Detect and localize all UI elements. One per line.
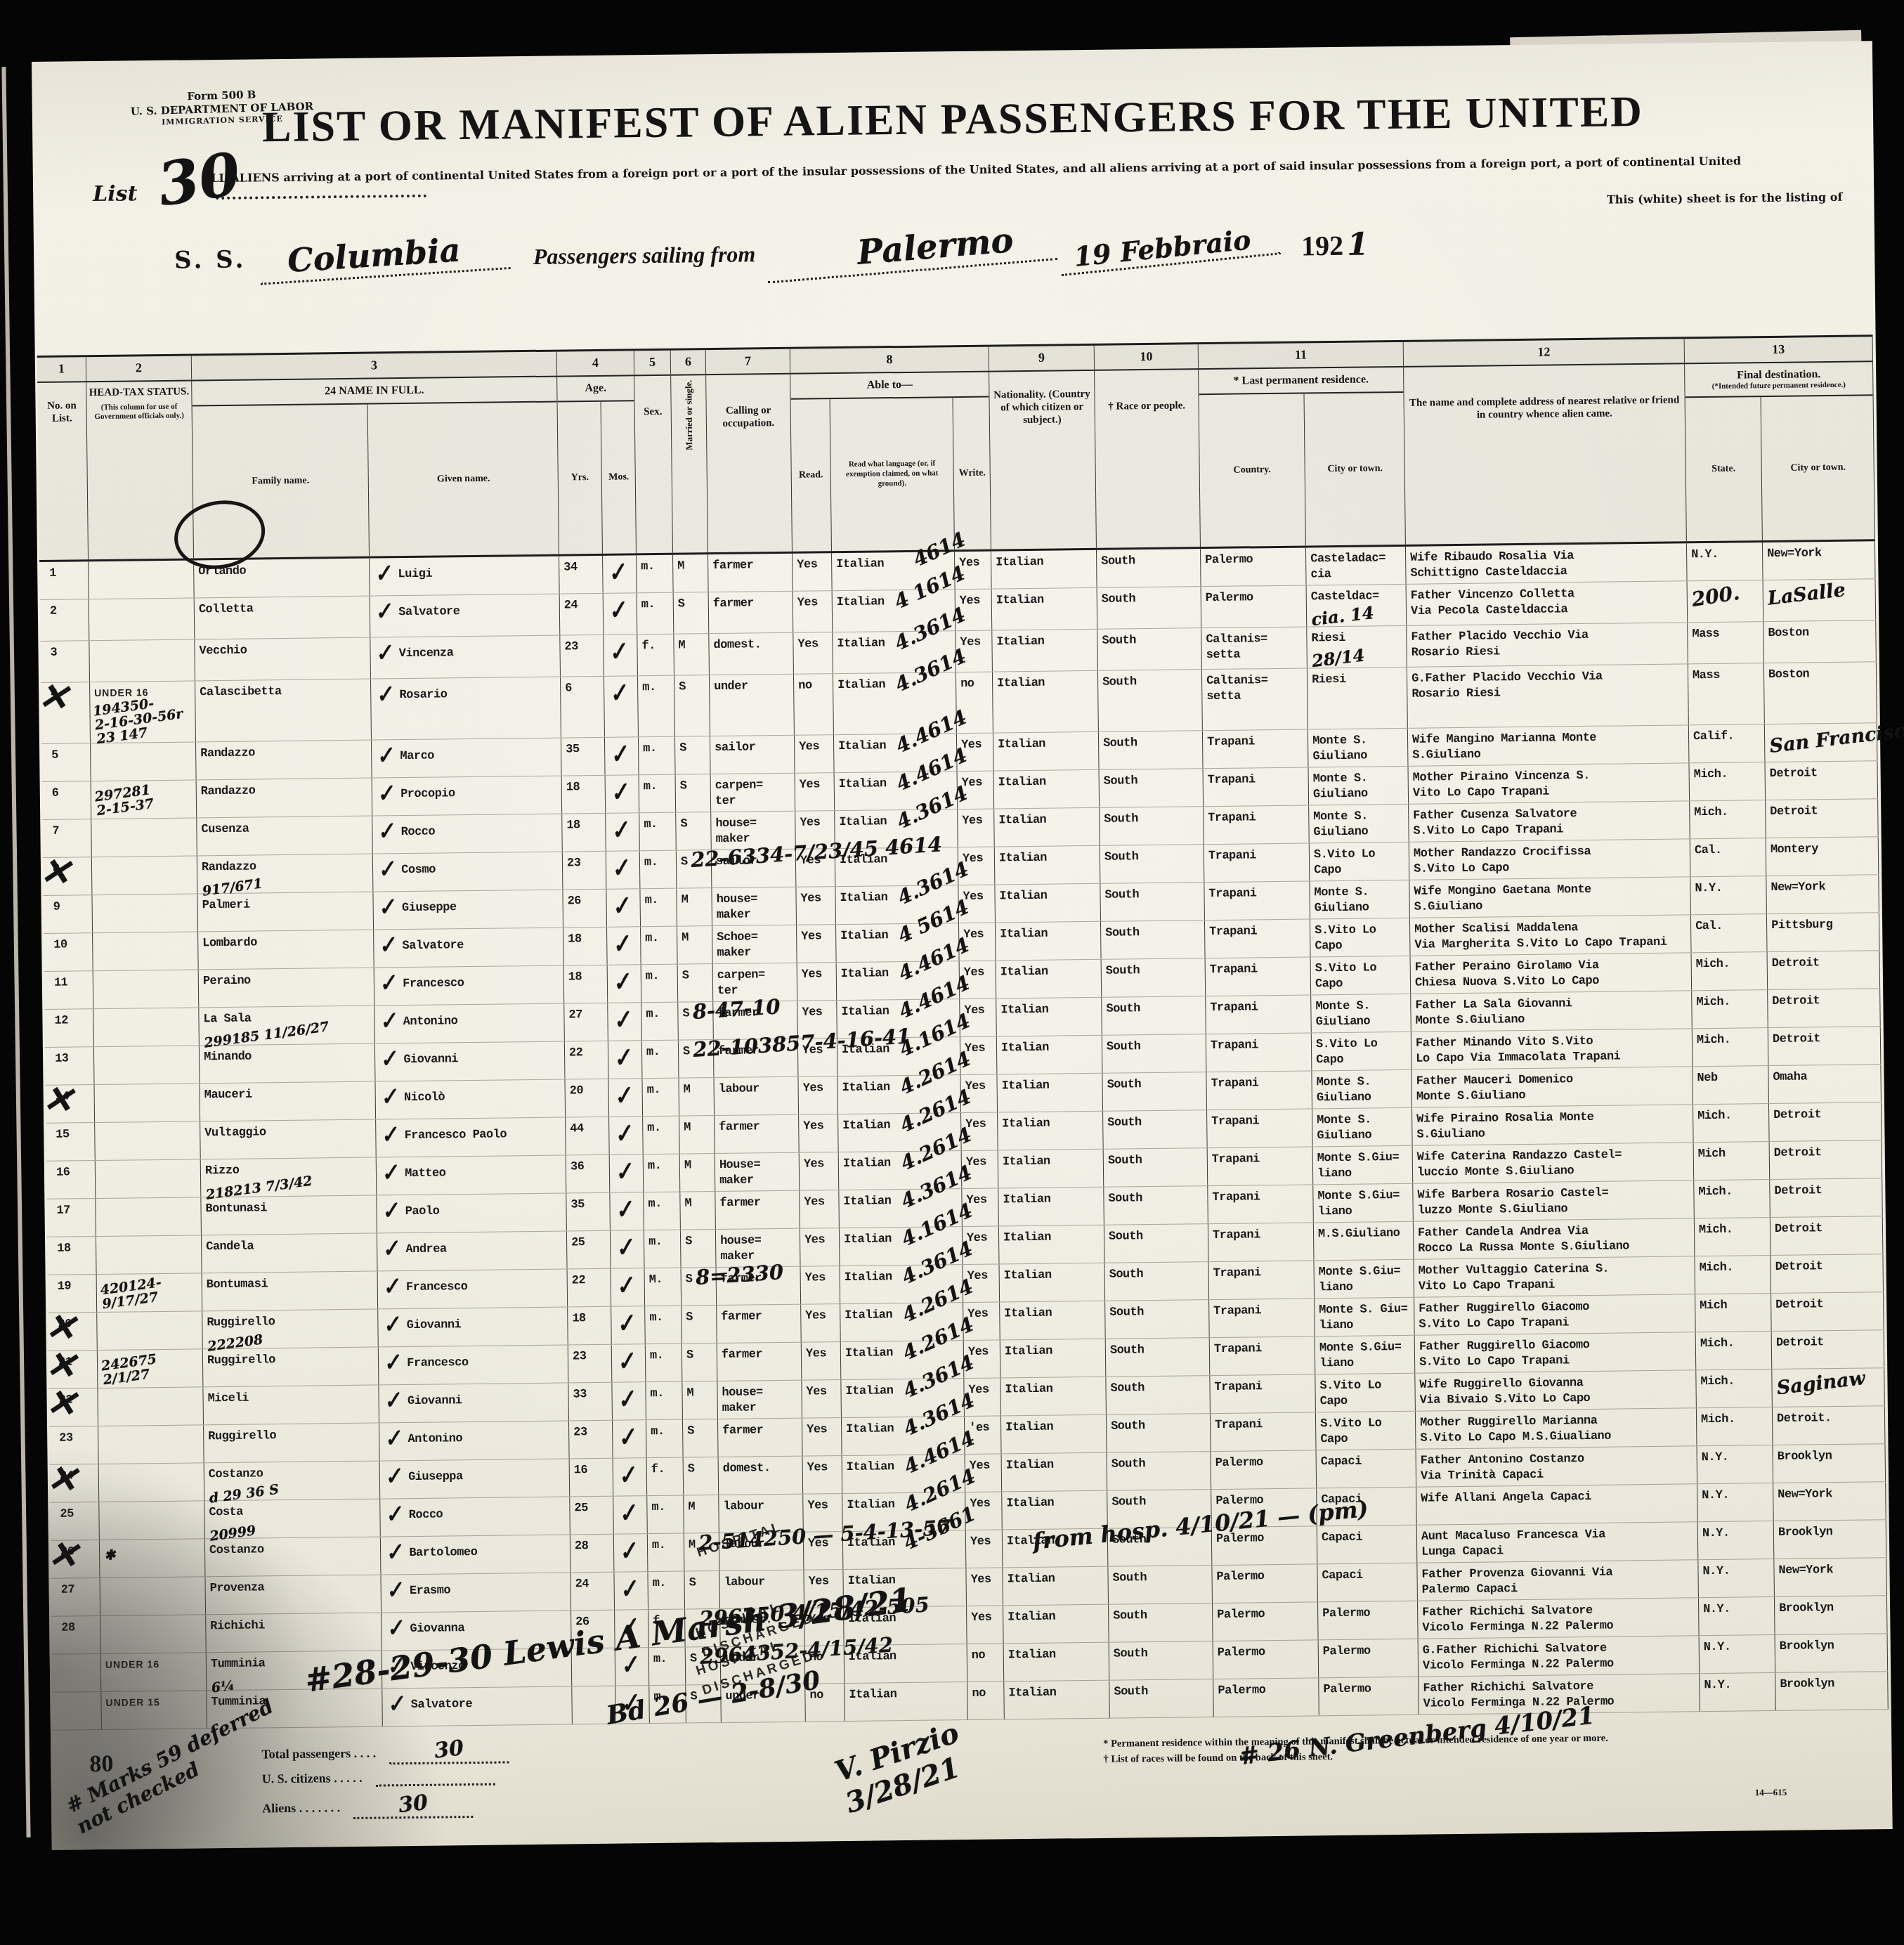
- cell-destination-city: Boston: [1763, 620, 1877, 663]
- cell-residence-country: Palermo: [1211, 1488, 1317, 1527]
- cell-nationality: Italian: [992, 588, 1098, 630]
- cell-residence-country: Trapani: [1210, 1336, 1316, 1375]
- cell-nationality: Italian: [1004, 1681, 1110, 1719]
- cell-occupation: farmer 8=2330: [717, 1267, 802, 1305]
- cell-family-name: Candela: [202, 1233, 378, 1273]
- check-mark: ✓: [608, 891, 633, 922]
- cell-row-number: 1: [39, 561, 89, 599]
- cell-family-name: Tumminia 6¼: [207, 1651, 383, 1690]
- check-mark: ✓: [383, 1577, 405, 1605]
- cell-age-months: ✓: [608, 1003, 642, 1041]
- cell-age-months: ✓: [603, 555, 637, 593]
- cell-age-months: ✓: [606, 775, 640, 813]
- cell-married-single: M: [674, 634, 710, 675]
- cell-age-years: 24: [570, 1573, 615, 1611]
- cell-occupation: sailor 22-6334-7/23/45 4614: [712, 850, 797, 887]
- check-mark: ✓: [608, 967, 634, 998]
- check-mark: ✓: [614, 1460, 639, 1491]
- check-mark: ✓: [613, 1384, 639, 1415]
- cell-race: South: [1105, 1300, 1210, 1339]
- cell-residence-city: Monte S. Giuliano: [1308, 729, 1409, 767]
- cell-destination-state: Mich.: [1690, 800, 1766, 838]
- cell-destination-city: Detroit: [1765, 761, 1878, 800]
- cell-nearest-relative: Mother Vultaggio Caterina S. Vito Lo Cap…: [1414, 1256, 1695, 1297]
- cell-headtax-status: [99, 1501, 205, 1540]
- cell-headtax-status: 420124- 9/17/27: [97, 1273, 203, 1312]
- cell-given-name: ✓ Rosario: [371, 677, 561, 740]
- cell-married-single: S: [682, 1344, 718, 1381]
- cell-residence-city: Monte S. Giuliano: [1309, 767, 1409, 805]
- cell-sex: m.: [646, 1382, 683, 1420]
- cell-age-years: 44: [566, 1117, 610, 1155]
- check-mark: ✓: [610, 1081, 635, 1112]
- cell-row-number: ✕ 14: [46, 1085, 96, 1123]
- cell-age-years: 25: [567, 1231, 611, 1269]
- cell-occupation: Schoe= maker: [712, 925, 797, 963]
- cell-race: South: [1097, 628, 1202, 670]
- cell-given-name: ✓ Salvatore: [370, 594, 561, 637]
- destination-annotation: LaSalle: [1766, 579, 1846, 610]
- cell-family-name: Vecchio: [195, 638, 371, 681]
- header-city: City or town.: [1304, 393, 1405, 546]
- cell-nearest-relative: Wife Mangino Marianna Monte S.Giuliano: [1408, 725, 1690, 766]
- cell-married-single: S: [682, 1306, 717, 1344]
- check-mark: ✓: [607, 815, 632, 846]
- cell-nearest-relative: Mother Scalisi Maddalena Via Margherita …: [1410, 915, 1692, 956]
- cell-destination-city: San Francisco: [1765, 723, 1878, 762]
- cell-nearest-relative: Father Cusenza Salvatore S.Vito Lo Capo …: [1409, 801, 1690, 842]
- cell-given-name: ✓ Matteo: [377, 1155, 567, 1195]
- cell-destination-state: Mich: [1694, 1142, 1771, 1180]
- cell-race: South: [1102, 996, 1206, 1035]
- cell-family-name: Lombardo: [198, 930, 374, 969]
- cell-residence-country: Caltanis= setta: [1201, 627, 1308, 670]
- cell-given-name: ✓ Francesco: [379, 1345, 569, 1384]
- header-able-group: Able to— Read. Read what language (or, i…: [790, 372, 991, 552]
- cell-nearest-relative: Father Richichi Salvatore Vicolo Ferming…: [1418, 1598, 1700, 1639]
- cell-nearest-relative: Father Peraino Girolamo Via Chiesa Nuova…: [1411, 953, 1693, 994]
- cell-headtax-status: [100, 1615, 207, 1653]
- cell-destination-state: Mass: [1688, 663, 1765, 724]
- total-passengers-row: Total passengers . . . . 30: [261, 1736, 509, 1766]
- cell-age-months: ✓: [604, 593, 638, 635]
- cell-row-number: 17: [46, 1199, 96, 1237]
- header-country: Country.: [1199, 393, 1305, 547]
- cell-residence-city: S.Vito Lo Capo: [1311, 956, 1411, 995]
- check-mark: ✓: [379, 1197, 401, 1225]
- cell-row-number: 11: [44, 971, 94, 1009]
- cell-nearest-relative: Wife Mongino Gaetana Monte S.Giuliano: [1409, 877, 1691, 918]
- cell-family-name: Richichi: [206, 1613, 382, 1652]
- cell-race: South: [1103, 1110, 1208, 1149]
- cell-nearest-relative: Wife Caterina Randazzo Castel= luccio Mo…: [1413, 1143, 1695, 1183]
- cell-nationality: Italian: [992, 630, 1098, 672]
- cell-residence-country: Palermo: [1213, 1602, 1319, 1641]
- cell-given-name: ✓ Antonino: [374, 1003, 565, 1043]
- cell-age-years: [572, 1648, 616, 1686]
- cell-occupation: under HOSPITAL DISCHARGED 2964352-4/15/4…: [721, 1646, 806, 1684]
- check-mark: ✓: [613, 1308, 638, 1339]
- cell-nationality: Italian: [1001, 1415, 1107, 1454]
- cell-occupation: farmer: [717, 1305, 802, 1343]
- cell-destination-state: Mich.: [1693, 1104, 1770, 1142]
- cell-married-single: M: [680, 1192, 716, 1230]
- cell-race: South: [1106, 1338, 1211, 1377]
- cell-given-name: ✓ Giuseppa: [380, 1459, 570, 1498]
- cell-occupation: carpen= ter: [711, 774, 796, 812]
- cell-race: South: [1100, 845, 1205, 883]
- cell-residence-country: Trapani: [1206, 957, 1312, 996]
- check-mark: ✓: [372, 639, 395, 668]
- cell-headtax-status: [96, 1197, 202, 1236]
- subtitle-note: This (white) sheet is for the listing of: [1607, 190, 1843, 207]
- header-read-language: Read what language (or, if exemption cla…: [830, 398, 955, 551]
- col-num-9: 9: [989, 346, 1095, 371]
- x-mark: ✕: [38, 850, 72, 895]
- cell-residence-city: S.Vito Lo Capo: [1310, 918, 1411, 957]
- cell-destination-city: Detroit: [1771, 1254, 1884, 1293]
- cell-headtax-status: [96, 1235, 202, 1274]
- check-mark: ✓: [375, 856, 398, 884]
- cell-residence-country: Palermo: [1213, 1640, 1319, 1679]
- cell-family-name: Vultaggio: [200, 1119, 377, 1159]
- cell-headtax-status: UNDER 15: [101, 1691, 207, 1729]
- cell-residence-country: Trapani: [1206, 1071, 1312, 1110]
- cell-age-years: 26: [571, 1611, 615, 1648]
- cell-destination-state: Mich.: [1692, 952, 1768, 990]
- aliens-row: Aliens . . . . . . . 30: [262, 1790, 509, 1820]
- cell-headtax-status: UNDER 16 194350- 2-16-30-56r 23 147: [90, 682, 196, 743]
- col-num-2: 2: [86, 356, 192, 381]
- header-name-group: 24 NAME IN FULL. Family name. Given name…: [192, 377, 559, 559]
- cell-age-years: 18: [562, 776, 606, 814]
- cell-destination-city: Detroit: [1771, 1292, 1884, 1331]
- cell-destination-city: Brooklyn: [1773, 1444, 1886, 1483]
- cell-married-single: S: [674, 675, 710, 736]
- cell-destination-state: Mich.: [1695, 1256, 1771, 1294]
- cell-residence-city: Monte S.Giu= liano: [1314, 1260, 1414, 1299]
- cell-can-read: Yes: [800, 1152, 840, 1190]
- cell-destination-city: LaSalle: [1763, 579, 1877, 621]
- cell-married-single: S: [678, 964, 714, 1002]
- cell-nationality: Italian: [991, 550, 1097, 589]
- cell-nearest-relative: Wife Allani Angela Capaci: [1416, 1484, 1698, 1525]
- check-mark: ✓: [381, 1387, 403, 1415]
- cell-headtax-status: [92, 856, 198, 895]
- cell-can-read: Yes: [798, 1076, 838, 1114]
- cell-residence-city: Monte S. Giuliano: [1309, 805, 1409, 843]
- cell-married-single: S: [684, 1571, 720, 1609]
- cell-destination-city: Detroit: [1770, 1140, 1883, 1179]
- cell-given-name: ✓ Francesco: [374, 965, 565, 1005]
- cell-can-read: Yes: [795, 773, 835, 811]
- cell-family-name: Rizzo 218213 7/3/42: [201, 1157, 377, 1197]
- cell-residence-city: Monte S.Giu= liano: [1313, 1146, 1414, 1185]
- cell-can-read: Yes: [796, 887, 836, 925]
- cell-residence-country: Palermo: [1211, 1450, 1317, 1489]
- cell-destination-state: N.Y.: [1690, 876, 1767, 914]
- cell-row-number: ✕ 4: [41, 682, 91, 743]
- cell-residence-country: Trapani: [1206, 995, 1312, 1034]
- cell-married-single: M: [677, 926, 713, 964]
- check-mark: ✓: [612, 1270, 637, 1301]
- cell-given-name: ✓ Rocco: [380, 1497, 570, 1536]
- cell-race: South: [1102, 958, 1206, 997]
- x-mark: ✕: [41, 1077, 75, 1123]
- x-mark: ✕: [37, 675, 71, 720]
- cell-age-years: 18: [562, 814, 606, 852]
- cell-family-name: Tumminia: [207, 1689, 383, 1728]
- cell-occupation: farmer: [717, 1343, 802, 1381]
- cell-row-number: ✕ 26: [51, 1540, 100, 1578]
- check-mark: ✓: [615, 1498, 640, 1529]
- cell-can-read: Yes: [793, 591, 833, 632]
- cell-married-single: S: [684, 1457, 719, 1495]
- aliens-value: 30: [398, 1790, 430, 1819]
- cell-destination-state: N.Y.: [1698, 1521, 1775, 1559]
- check-mark: ✓: [607, 853, 632, 884]
- cell-can-read: Yes: [797, 925, 837, 963]
- headtax-annotation: 194350- 2-16-30-56r 23 147: [92, 692, 195, 747]
- cell-race: South: [1100, 807, 1204, 845]
- cell-race: South: [1102, 1034, 1207, 1073]
- cell-age-months: ✓: [605, 737, 639, 775]
- cell-destination-city: Detroit: [1770, 1178, 1883, 1217]
- cell-can-read: no: [805, 1684, 845, 1722]
- cell-destination-state: Mich.: [1695, 1218, 1771, 1256]
- col-num-3: 3: [192, 352, 557, 380]
- cell-age-months: ✓: [606, 889, 641, 927]
- cell-race: South: [1100, 883, 1205, 921]
- cell-destination-city: Boston: [1764, 662, 1877, 724]
- header-state: State.: [1685, 397, 1763, 541]
- us-citizens-row: U. S. citizens . . . . .: [262, 1769, 509, 1788]
- cell-row-number: 2: [40, 599, 90, 641]
- cell-residence-city: Palermo: [1318, 1601, 1419, 1640]
- check-mark: ✓: [611, 1119, 636, 1150]
- header-age-group: Age. Yrs. Mos.: [557, 376, 637, 554]
- cell-residence-city: Monte S. Giuliano: [1310, 880, 1410, 919]
- cell-age-years: 35: [566, 1193, 611, 1231]
- cell-destination-state: N.Y.: [1687, 542, 1763, 580]
- check-mark: ✓: [616, 1611, 641, 1642]
- cell-residence-country: Trapani: [1204, 805, 1310, 844]
- ship-line: S. S. Columbia Passengers sailing from P…: [174, 219, 1791, 280]
- cell-sex: m.: [643, 1117, 680, 1154]
- cell-headtax-status: [99, 1463, 205, 1502]
- cell-destination-state: Neb: [1693, 1066, 1769, 1104]
- cell-race: South: [1104, 1224, 1209, 1263]
- cell-family-name: Randazzo 917/671: [197, 854, 374, 893]
- cell-nearest-relative: Wife Ruggirello Giovanna Via Bivaio S.Vi…: [1415, 1370, 1697, 1411]
- cell-given-name: ✓ Andrea: [377, 1231, 568, 1270]
- sailing-port: Palermo: [765, 217, 1057, 283]
- cell-race: South: [1109, 1604, 1213, 1642]
- cell-nearest-relative: Father Richichi Salvatore Vicolo Ferming…: [1419, 1674, 1700, 1715]
- check-mark: ✓: [384, 1615, 406, 1643]
- cell-given-name: ✓ Luigi: [370, 557, 560, 596]
- cell-destination-state: Cal.: [1691, 914, 1768, 952]
- cell-residence-country: Palermo: [1212, 1526, 1318, 1565]
- check-mark: ✓: [379, 1273, 402, 1301]
- cell-nearest-relative: Father Placido Vecchio Via Rosario Riesi: [1407, 623, 1688, 667]
- cell-destination-city: Omaha: [1768, 1065, 1882, 1103]
- sheet: Form 500 B U. S. DEPARTMENT OF LABOR IMM…: [32, 41, 1893, 1850]
- header-given-name: Given name.: [368, 403, 559, 557]
- cell-residence-city: S.Vito Lo Capo: [1315, 1374, 1416, 1412]
- col-num-11: 11: [1199, 342, 1404, 368]
- cell-married-single: M: [677, 888, 712, 926]
- cell-family-name: Costanzo: [205, 1537, 382, 1576]
- cell-headtax-status: [93, 970, 200, 1008]
- cell-race: South: [1107, 1452, 1212, 1490]
- cell-residence-city: Monte S. Giuliano: [1312, 1108, 1413, 1147]
- cell-nearest-relative: Mother Ruggirello Marianna S.Vito Lo Cap…: [1416, 1408, 1697, 1449]
- cell-residence-city: Riesi 28/14: [1307, 626, 1407, 668]
- check-mark: ✓: [384, 1691, 407, 1719]
- cell-age-months: ✓: [614, 1572, 648, 1610]
- header-no: No. on List.: [37, 382, 89, 560]
- cell-age-months: ✓: [611, 1268, 646, 1306]
- check-mark: ✓: [384, 1653, 406, 1681]
- cell-residence-city: Monte S.Giu= liano: [1315, 1336, 1416, 1374]
- cell-family-name: Palmeri: [197, 892, 374, 931]
- cell-nationality: Italian: [997, 1074, 1103, 1112]
- cell-family-name: Ruggirello 222208: [202, 1309, 379, 1348]
- cell-family-name: Calascibetta: [195, 679, 372, 742]
- cell-age-years: 16: [570, 1459, 614, 1497]
- cell-age-years: [572, 1686, 616, 1724]
- cell-can-read: Yes: [802, 1418, 842, 1456]
- cell-sex: m.: [639, 813, 677, 851]
- header-nationality: Nationality. (Country of which citizen o…: [989, 371, 1097, 549]
- cell-destination-state: N.Y.: [1697, 1445, 1774, 1483]
- header-relative: The name and complete address of nearest…: [1404, 364, 1687, 545]
- cell-age-years: 26: [563, 890, 607, 928]
- sheet-footer: 80 Total passengers . . . . 30 U. S. cit…: [51, 1710, 1893, 1864]
- cell-can-read: Yes: [802, 1380, 842, 1418]
- cell-given-name: ✓ Giovanni: [378, 1307, 568, 1346]
- cell-can-read: Yes: [793, 553, 833, 591]
- check-mark: ✓: [375, 894, 398, 922]
- cell-race: South: [1106, 1376, 1211, 1414]
- sheet-header: Form 500 B U. S. DEPARTMENT OF LABOR IMM…: [32, 41, 1876, 356]
- cell-nationality: Italian: [1002, 1453, 1108, 1492]
- cell-nationality: Italian: [1000, 1377, 1107, 1416]
- cell-row-number: ✕ 24: [50, 1464, 100, 1502]
- cell-race: South: [1108, 1528, 1213, 1566]
- cell-age-years: 35: [561, 738, 606, 776]
- cell-row-number: 16: [46, 1161, 96, 1199]
- cell-headtax-status: 297281 2-15-37: [91, 780, 197, 819]
- cell-destination-state: Mich.: [1694, 1180, 1771, 1218]
- cell-age-years: 34: [559, 556, 604, 594]
- cell-married-single: S: [683, 1419, 719, 1457]
- cell-sex: m.: [641, 965, 679, 1003]
- header-residence-group: * Last permanent residence. Country. Cit…: [1199, 367, 1406, 547]
- cell-nearest-relative: G.Father Richichi Salvatore Vicolo Fermi…: [1419, 1636, 1700, 1677]
- cell-headtax-status: [92, 894, 198, 932]
- cell-married-single: S: [676, 774, 712, 812]
- check-mark: ✓: [374, 742, 396, 770]
- cell-age-years: 25: [570, 1497, 614, 1535]
- cell-destination-state: N.Y.: [1698, 1559, 1775, 1597]
- cell-sex: m.: [642, 1079, 679, 1117]
- cell-married-single: M: [679, 1116, 715, 1154]
- cell-nearest-relative: Father Minando Vito S.Vito Lo Capo Via I…: [1411, 1029, 1693, 1069]
- cell-destination-city: Montery: [1766, 837, 1879, 876]
- cell-can-read: Yes: [802, 1342, 842, 1380]
- cell-given-name: ✓ Giovanni: [379, 1383, 569, 1422]
- cell-age-years: 23: [569, 1421, 613, 1459]
- cell-age-months: ✓: [604, 676, 639, 736]
- check-mark: ✓: [604, 595, 630, 626]
- cell-given-name: ✓ Giovanni: [375, 1041, 566, 1081]
- cell-sex: m.: [641, 1003, 679, 1041]
- cell-destination-state: N.Y.: [1700, 1673, 1776, 1711]
- cell-nearest-relative: Wife Piraino Rosalia Monte S.Giuliano: [1412, 1105, 1694, 1145]
- form-print-number: 14—615: [1755, 1787, 1787, 1799]
- cell-married-single: M: [679, 1078, 715, 1116]
- cell-read-language: Italian: [845, 1682, 968, 1721]
- cell-sex: f.: [637, 635, 674, 676]
- cell-age-months: ✓: [611, 1230, 645, 1268]
- cell-nationality: Italian: [998, 1150, 1104, 1188]
- check-mark: ✓: [604, 557, 630, 588]
- cell-given-name: ✓ Giovanna: [382, 1611, 572, 1650]
- cell-family-name: Randazzo: [197, 778, 373, 817]
- check-mark: ✓: [606, 777, 632, 808]
- cell-row-number: 15: [46, 1123, 96, 1161]
- header-age-mos: Mos.: [601, 401, 637, 554]
- cell-destination-state: Mich: [1695, 1294, 1772, 1332]
- cell-occupation: farmer: [715, 1191, 800, 1229]
- cell-married-single: S: [675, 736, 711, 774]
- cell-residence-country: Trapani: [1209, 1299, 1315, 1337]
- total-passengers-value: 30: [433, 1736, 465, 1764]
- cell-age-months: ✓: [613, 1420, 647, 1458]
- cell-family-name: Cusenza: [197, 816, 373, 855]
- cell-occupation: labour: [714, 1077, 799, 1115]
- check-mark: ✓: [376, 970, 398, 998]
- cell-destination-state: Mich.: [1689, 762, 1766, 800]
- cell-race: South: [1104, 1186, 1208, 1225]
- cell-nearest-relative: Father La Sala Giovanni Monte S.Giuliano: [1411, 991, 1693, 1032]
- cell-nationality: Italian: [996, 922, 1102, 961]
- cell-family-name: Mauceri: [200, 1081, 377, 1121]
- cell-occupation: domest.: [719, 1457, 804, 1495]
- cell-destination-state: Mich.: [1693, 1028, 1769, 1066]
- cell-nearest-relative: Father Ruggirello Giacomo S.Vito Lo Capo…: [1414, 1294, 1696, 1335]
- header-race: † Race or people.: [1095, 370, 1201, 548]
- cell-row-number: 5: [41, 743, 91, 781]
- check-mark: ✓: [615, 1574, 641, 1605]
- cell-age-months: ✓: [609, 1117, 644, 1154]
- cell-sex: m.: [639, 737, 676, 775]
- cell-age-years: 27: [564, 1003, 608, 1041]
- cell-race: South: [1097, 587, 1202, 629]
- cell-given-name: ✓ Giuseppe: [373, 890, 563, 929]
- cell-sex: m.: [647, 1496, 684, 1534]
- cell-race: South: [1109, 1641, 1214, 1680]
- check-mark: ✓: [609, 1005, 634, 1036]
- cell-residence-city: Palermo: [1319, 1639, 1419, 1678]
- cell-can-read: Yes: [799, 1114, 839, 1152]
- cell-family-name: Ruggirello: [204, 1423, 380, 1462]
- cell-race: South: [1098, 670, 1203, 731]
- cell-sex: m.: [638, 676, 675, 736]
- cell-residence-city: Monte S.Giu= liano: [1313, 1184, 1414, 1223]
